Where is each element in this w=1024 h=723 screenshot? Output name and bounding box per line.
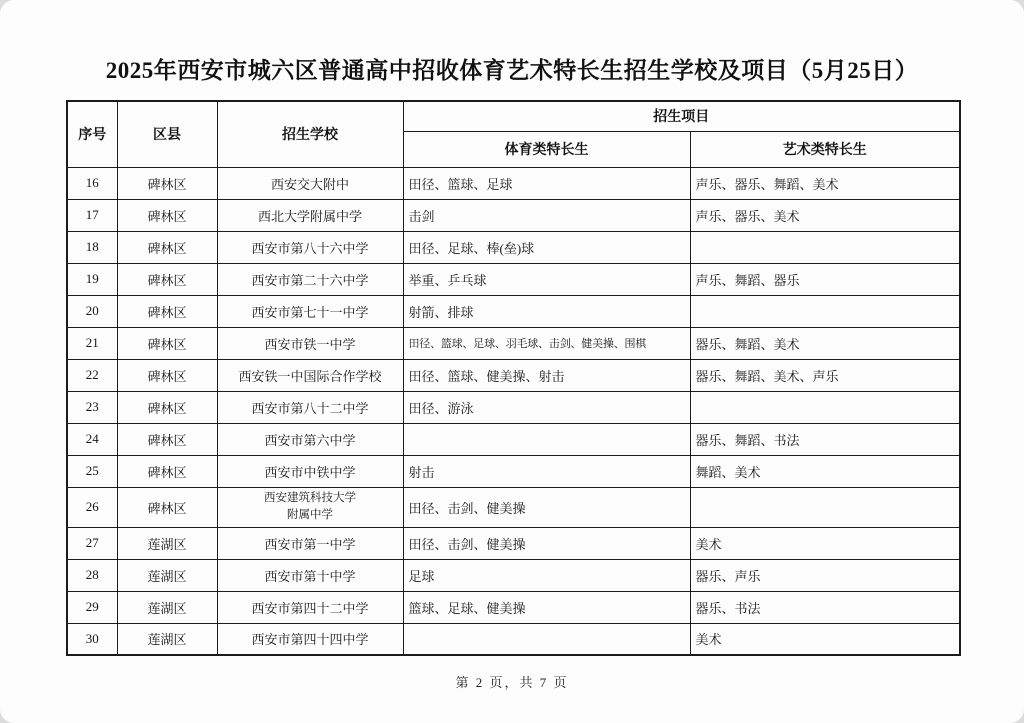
- cell-arts: 声乐、器乐、美术: [690, 199, 960, 231]
- header-index: 序号: [67, 101, 117, 167]
- cell-district: 碑林区: [117, 359, 217, 391]
- cell-sports: 射箭、排球: [403, 295, 690, 327]
- cell-district: 莲湖区: [117, 623, 217, 655]
- header-sports: 体育类特长生: [403, 131, 690, 167]
- cell-arts: [690, 231, 960, 263]
- cell-school: 西安市第六中学: [217, 423, 403, 455]
- table-row: 17碑林区西北大学附属中学击剑声乐、器乐、美术: [67, 199, 960, 231]
- cell-index: 20: [67, 295, 117, 327]
- cell-index: 26: [67, 487, 117, 527]
- cell-district: 莲湖区: [117, 559, 217, 591]
- cell-school: 西安市第一中学: [217, 527, 403, 559]
- cell-sports: 田径、篮球、健美操、射击: [403, 359, 690, 391]
- table-row: 22碑林区西安铁一中国际合作学校田径、篮球、健美操、射击器乐、舞蹈、美术、声乐: [67, 359, 960, 391]
- admissions-table: 序号 区县 招生学校 招生项目 体育类特长生 艺术类特长生 16碑林区西安交大附…: [66, 100, 961, 656]
- cell-sports: 田径、篮球、足球: [403, 167, 690, 199]
- cell-school: 西安铁一中国际合作学校: [217, 359, 403, 391]
- cell-arts: 器乐、舞蹈、书法: [690, 423, 960, 455]
- cell-district: 碑林区: [117, 263, 217, 295]
- cell-index: 25: [67, 455, 117, 487]
- cell-arts: 器乐、舞蹈、美术、声乐: [690, 359, 960, 391]
- cell-arts: 声乐、舞蹈、器乐: [690, 263, 960, 295]
- cell-school: 西安市第八十二中学: [217, 391, 403, 423]
- cell-arts: 声乐、器乐、舞蹈、美术: [690, 167, 960, 199]
- cell-district: 碑林区: [117, 327, 217, 359]
- cell-arts: [690, 487, 960, 527]
- cell-index: 18: [67, 231, 117, 263]
- cell-index: 22: [67, 359, 117, 391]
- cell-sports: 击剑: [403, 199, 690, 231]
- cell-school: 西安市第四十二中学: [217, 591, 403, 623]
- cell-school: 西安市第二十六中学: [217, 263, 403, 295]
- cell-school: 西安市第四十四中学: [217, 623, 403, 655]
- cell-index: 24: [67, 423, 117, 455]
- table-row: 26碑林区西安建筑科技大学 附属中学田径、击剑、健美操: [67, 487, 960, 527]
- document-page: 2025年西安市城六区普通高中招收体育艺术特长生招生学校及项目（5月25日） 序…: [0, 0, 1024, 723]
- cell-index: 30: [67, 623, 117, 655]
- cell-district: 碑林区: [117, 423, 217, 455]
- cell-sports: 篮球、足球、健美操: [403, 591, 690, 623]
- cell-school: 西安市第十中学: [217, 559, 403, 591]
- cell-sports: 田径、篮球、足球、羽毛球、击剑、健美操、围棋: [403, 327, 690, 359]
- cell-district: 碑林区: [117, 167, 217, 199]
- cell-arts: [690, 391, 960, 423]
- cell-arts: 舞蹈、美术: [690, 455, 960, 487]
- table-row: 23碑林区西安市第八十二中学田径、游泳: [67, 391, 960, 423]
- header-district: 区县: [117, 101, 217, 167]
- table-row: 25碑林区西安市中铁中学射击舞蹈、美术: [67, 455, 960, 487]
- cell-index: 21: [67, 327, 117, 359]
- cell-school: 西安市第七十一中学: [217, 295, 403, 327]
- cell-sports: 田径、击剑、健美操: [403, 527, 690, 559]
- cell-index: 23: [67, 391, 117, 423]
- cell-district: 莲湖区: [117, 591, 217, 623]
- table-row: 30莲湖区西安市第四十四中学美术: [67, 623, 960, 655]
- page-number: 第 2 页，共 7 页: [0, 672, 1024, 691]
- cell-school: 西北大学附属中学: [217, 199, 403, 231]
- cell-arts: 器乐、舞蹈、美术: [690, 327, 960, 359]
- cell-sports: 田径、足球、棒(垒)球: [403, 231, 690, 263]
- cell-arts: 器乐、声乐: [690, 559, 960, 591]
- cell-sports: [403, 623, 690, 655]
- header-row-top: 序号 区县 招生学校 招生项目: [67, 101, 960, 131]
- table-row: 28莲湖区西安市第十中学足球器乐、声乐: [67, 559, 960, 591]
- cell-index: 19: [67, 263, 117, 295]
- cell-school: 西安市第八十六中学: [217, 231, 403, 263]
- cell-arts: 美术: [690, 527, 960, 559]
- table-body: 16碑林区西安交大附中田径、篮球、足球声乐、器乐、舞蹈、美术17碑林区西北大学附…: [67, 167, 960, 655]
- table-row: 18碑林区西安市第八十六中学田径、足球、棒(垒)球: [67, 231, 960, 263]
- cell-sports: 足球: [403, 559, 690, 591]
- cell-district: 莲湖区: [117, 527, 217, 559]
- cell-arts: 器乐、书法: [690, 591, 960, 623]
- cell-sports: 射击: [403, 455, 690, 487]
- cell-district: 碑林区: [117, 231, 217, 263]
- table-header: 序号 区县 招生学校 招生项目 体育类特长生 艺术类特长生: [67, 101, 960, 167]
- header-school: 招生学校: [217, 101, 403, 167]
- cell-district: 碑林区: [117, 199, 217, 231]
- cell-index: 16: [67, 167, 117, 199]
- table-row: 27莲湖区西安市第一中学田径、击剑、健美操美术: [67, 527, 960, 559]
- cell-index: 29: [67, 591, 117, 623]
- cell-arts: 美术: [690, 623, 960, 655]
- cell-index: 27: [67, 527, 117, 559]
- header-arts: 艺术类特长生: [690, 131, 960, 167]
- cell-school: 西安市中铁中学: [217, 455, 403, 487]
- table-row: 19碑林区西安市第二十六中学举重、乒乓球声乐、舞蹈、器乐: [67, 263, 960, 295]
- page-title: 2025年西安市城六区普通高中招收体育艺术特长生招生学校及项目（5月25日）: [0, 52, 1024, 85]
- cell-school: 西安市铁一中学: [217, 327, 403, 359]
- cell-school: 西安建筑科技大学 附属中学: [217, 487, 403, 527]
- header-projects: 招生项目: [403, 101, 960, 131]
- cell-district: 碑林区: [117, 455, 217, 487]
- table-row: 20碑林区西安市第七十一中学射箭、排球: [67, 295, 960, 327]
- cell-arts: [690, 295, 960, 327]
- cell-sports: [403, 423, 690, 455]
- table-row: 16碑林区西安交大附中田径、篮球、足球声乐、器乐、舞蹈、美术: [67, 167, 960, 199]
- cell-district: 碑林区: [117, 391, 217, 423]
- table-row: 29莲湖区西安市第四十二中学篮球、足球、健美操器乐、书法: [67, 591, 960, 623]
- cell-sports: 田径、击剑、健美操: [403, 487, 690, 527]
- table-row: 24碑林区西安市第六中学器乐、舞蹈、书法: [67, 423, 960, 455]
- cell-sports: 田径、游泳: [403, 391, 690, 423]
- table-row: 21碑林区西安市铁一中学田径、篮球、足球、羽毛球、击剑、健美操、围棋器乐、舞蹈、…: [67, 327, 960, 359]
- cell-sports: 举重、乒乓球: [403, 263, 690, 295]
- cell-index: 28: [67, 559, 117, 591]
- cell-school: 西安交大附中: [217, 167, 403, 199]
- cell-district: 碑林区: [117, 487, 217, 527]
- cell-index: 17: [67, 199, 117, 231]
- cell-district: 碑林区: [117, 295, 217, 327]
